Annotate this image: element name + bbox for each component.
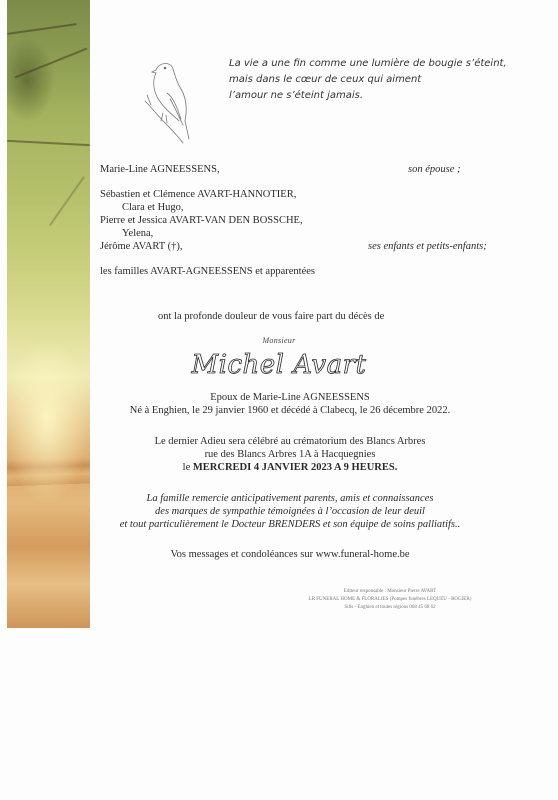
spouse-line: Epoux de Marie-Line AGNEESSENS	[100, 391, 480, 405]
children-role: ses enfants et petits-enfants;	[368, 240, 487, 253]
footer-funeral-home: LR FUNERAL HOME & FLORALIES (Pompes funè…	[300, 596, 480, 603]
condolences-line: Vos messages et condoléances sur www.fun…	[100, 548, 480, 562]
thanks-line-1: La famille remercie anticipativement par…	[100, 492, 480, 506]
footer-contact: Sills - Enghien et toutes régions 068 45…	[300, 604, 480, 611]
announcement-line: ont la profonde douleur de vous faire pa…	[158, 310, 384, 323]
child-line: Pierre et Jessica AVART-VAN DEN BOSSCHE,	[100, 214, 303, 227]
footer-editor: Editeur responsable : Monsieur Pierre AV…	[300, 588, 480, 595]
quote-line: mais dans le cœur de ceux qui aiment	[229, 72, 507, 88]
spouse-role: son épouse ;	[408, 163, 461, 176]
child-line: Jérôme AVART (†),	[100, 240, 183, 253]
deceased-title: Monsieur	[0, 336, 558, 345]
doctor-name: BRENDERS	[268, 519, 320, 530]
ceremony-date-line: le MERCREDI 4 JANVIER 2023 A 9 HEURES.	[100, 461, 480, 475]
thanks-line-2: des marques de sympathie témoignées à l’…	[100, 505, 480, 519]
ceremony-line-2: rue des Blancs Arbres 1A à Hacquegnies	[100, 448, 480, 462]
child-line: Sébastien et Clémence AVART-HANNOTIER,	[100, 188, 296, 201]
ceremony-date: MERCREDI 4 JANVIER 2023 A 9 HEURES.	[193, 462, 397, 473]
quote-line: l’amour ne s’éteint jamais.	[229, 88, 507, 104]
ceremony-line-1: Le dernier Adieu sera célébré au crémato…	[100, 435, 480, 449]
deceased-name: Michel Avart	[0, 350, 558, 380]
obituary-page: La vie a une fin comme une lumière de bo…	[0, 0, 558, 800]
families-line: les familles AVART-AGNEESSENS et apparen…	[100, 265, 315, 278]
birth-death-line: Né à Enghien, le 29 janvier 1960 et décé…	[90, 404, 490, 418]
quote-line: La vie a une fin comme une lumière de bo…	[229, 56, 507, 72]
spouse-name: Marie-Line AGNEESSENS,	[100, 163, 220, 176]
bird-illustration-icon	[143, 55, 198, 145]
thanks-line-3: et tout particulièrement le Docteur BREN…	[80, 518, 500, 532]
memorial-quote: La vie a une fin comme une lumière de bo…	[229, 56, 507, 104]
grandchild-line: Yelena,	[122, 227, 153, 240]
forest-path-image	[7, 0, 90, 628]
grandchild-line: Clara et Hugo,	[122, 201, 184, 214]
